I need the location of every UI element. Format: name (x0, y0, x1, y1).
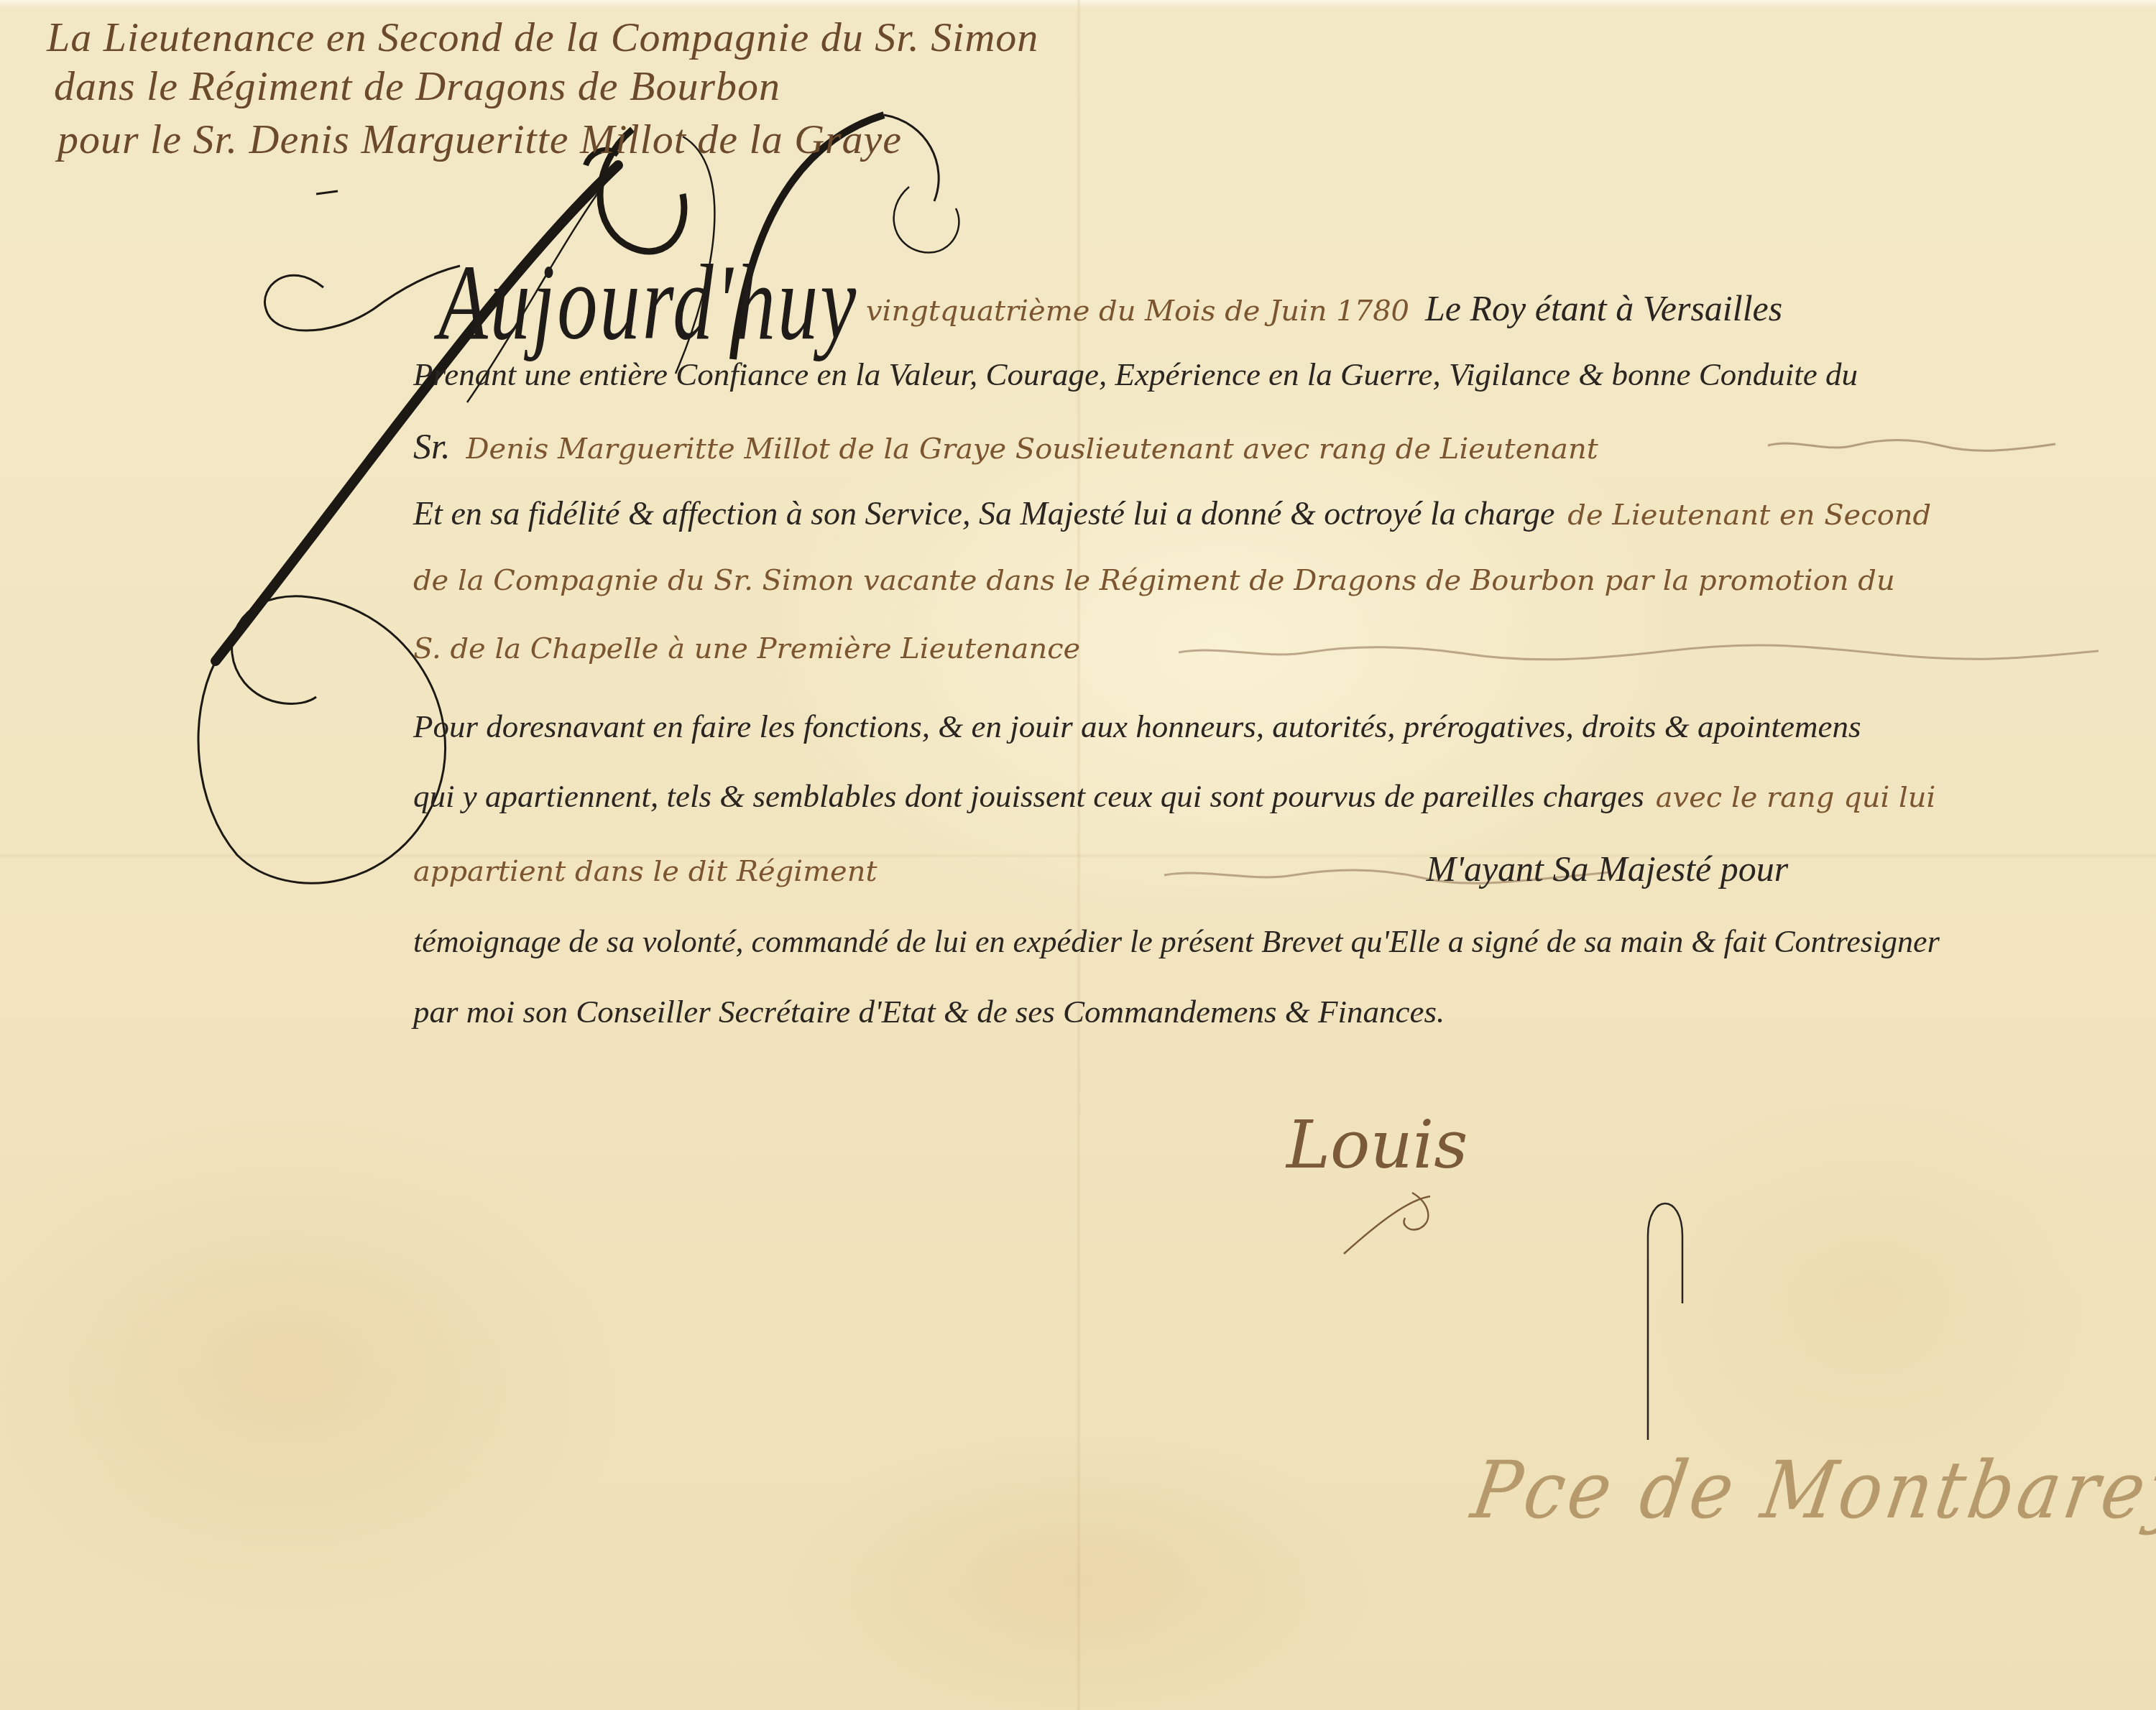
date-handwritten: vingtquatrième du Mois de Juin 1780 (866, 295, 1409, 328)
promotion-of: S. de la Chapelle à une Première Lieuten… (413, 632, 1080, 665)
sieur-prefix: Sr. (413, 425, 450, 467)
body-line-6: S. de la Chapelle à une Première Lieuten… (413, 632, 1080, 683)
body-line-5: de la Compagnie du Sr. Simon vacante dan… (413, 564, 1895, 614)
functions-clause: Pour doresnavant en faire les fonctions,… (413, 708, 1861, 745)
body-line-4: Et en sa fidélité & affection à son Serv… (413, 494, 1931, 545)
body-line-1: vingtquatrième du Mois de Juin 1780 Le R… (866, 287, 1782, 338)
body-line-3: Sr. Denis Margueritte Millot de la Graye… (413, 425, 1598, 476)
annotation-line-1: La Lieutenance en Second de la Compagnie… (47, 13, 1038, 61)
document-page: La Lieutenance en Second de la Compagnie… (0, 0, 2156, 1710)
company-vacancy: de la Compagnie du Sr. Simon vacante dan… (413, 564, 1895, 597)
majesty-clause: M'ayant Sa Majesté pour (1427, 848, 1789, 889)
body-line-10: témoignage de sa volonté, commandé de lu… (413, 923, 1940, 974)
body-line-2: Prenant une entière Confiance en la Vale… (413, 356, 1858, 406)
body-line-7: Pour doresnavant en faire les fonctions,… (413, 708, 1861, 758)
king-at-versailles: Le Roy étant à Versailles (1425, 287, 1782, 329)
office-granted: de Lieutenant en Second (1567, 499, 1931, 532)
body-line-8: qui y apartiennent, tels & semblables do… (413, 777, 1935, 828)
recipient-name: Denis Margueritte Millot de la Graye Sou… (466, 433, 1598, 466)
minister-signature: Pce de Montbarey (1466, 1444, 2156, 1536)
body-line-9: appartient dans le dit Régiment M'ayant … (413, 848, 1788, 898)
privileges-clause: qui y apartiennent, tels & semblables do… (413, 777, 1644, 815)
king-signature: Louis (1286, 1106, 1468, 1183)
regiment-clause: appartient dans le dit Régiment (413, 855, 877, 888)
rank-clause: avec le rang qui lui (1656, 781, 1936, 814)
countersign-clause: par moi son Conseiller Secrétaire d'Etat… (413, 993, 1445, 1030)
annotation-line-3: pour le Sr. Denis Margueritte Millot de … (57, 115, 902, 163)
opening-word: Aujourd'huy (438, 241, 858, 364)
body-line-11: par moi son Conseiller Secrétaire d'Etat… (413, 993, 1445, 1043)
fidelity-clause: Et en sa fidélité & affection à son Serv… (413, 494, 1554, 532)
confidence-clause: Prenant une entière Confiance en la Vale… (413, 356, 1858, 393)
testimony-clause: témoignage de sa volonté, commandé de lu… (413, 923, 1940, 960)
annotation-line-2: dans le Régiment de Dragons de Bourbon (54, 62, 780, 110)
